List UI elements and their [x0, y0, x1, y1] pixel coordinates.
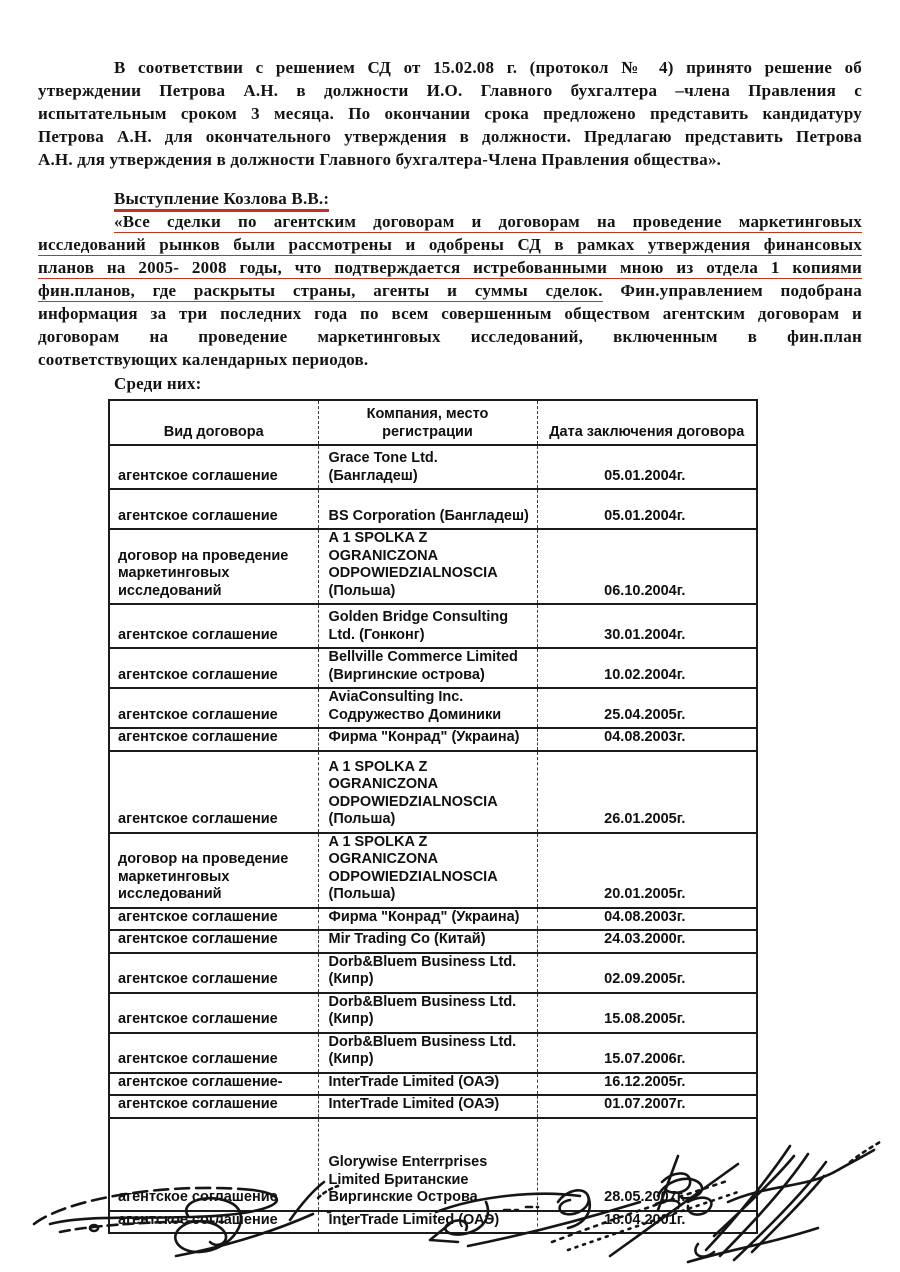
among-them-text: Среди них: — [114, 374, 201, 393]
cell-date: 28.05.2007г. — [537, 1118, 757, 1211]
cell-date: 02.09.2005г. — [537, 953, 757, 993]
cell-company: Dorb&Bluem Business Ltd.(Кипр) — [318, 993, 537, 1033]
table-row: агентское соглашениеBellville Commerce L… — [109, 648, 757, 688]
table-row: агентское соглашениеGrace Tone Ltd.(Банг… — [109, 445, 757, 489]
cell-contract-type: договор на проведение маркетинговых иссл… — [109, 833, 318, 908]
cell-contract-type: агентское соглашение — [109, 908, 318, 931]
cell-date: 25.04.2005г. — [537, 688, 757, 728]
cell-date: 04.08.2003г. — [537, 908, 757, 931]
table-row: агентское соглашениеBS Corporation (Банг… — [109, 489, 757, 529]
cell-date: 15.07.2006г. — [537, 1033, 757, 1073]
cell-contract-type: агентское соглашение — [109, 953, 318, 993]
table-row: агентское соглашениеDorb&Bluem Business … — [109, 1033, 757, 1073]
text-line: соответствующих календарных периодов. — [38, 348, 862, 371]
cell-contract-type: агентское соглашение — [109, 1095, 318, 1118]
text-segment: информация за три последних года по всем… — [38, 304, 862, 323]
document-body: В соответствии с решением СД от 15.02.08… — [38, 56, 862, 395]
cell-contract-type: агентское соглашение — [109, 993, 318, 1033]
cell-date: 18.04.2001г. — [537, 1211, 757, 1234]
cell-date: 30.01.2004г. — [537, 604, 757, 648]
paragraph-speech: «Все сделки по агентским договорам и дог… — [38, 210, 862, 371]
text-line: А.Н. для утверждения в должности Главног… — [38, 148, 862, 171]
cell-date: 16.12.2005г. — [537, 1073, 757, 1096]
speech-heading: Выступление Козлова В.В.: — [38, 187, 862, 210]
table-row: агентское соглашениеInterTrade Limited (… — [109, 1095, 757, 1118]
text-segment: соответствующих календарных периодов. — [38, 350, 368, 369]
table-row: агентское соглашениеDorb&Bluem Business … — [109, 953, 757, 993]
cell-contract-type: агентское соглашение — [109, 751, 318, 833]
cell-company: Фирма "Конрад" (Украина) — [318, 908, 537, 931]
table-row: агентское соглашениеGlorywise Enterrpris… — [109, 1118, 757, 1211]
table-row: агентское соглашениеMir Trading Co (Кита… — [109, 930, 757, 953]
text-line: планов на 2005- 2008 годы, что подтвержд… — [38, 256, 862, 279]
among-them-label: Среди них: — [38, 372, 862, 395]
text-line: информация за три последних года по всем… — [38, 302, 862, 325]
cell-date: 26.01.2005г. — [537, 751, 757, 833]
text-segment: договорам на проведение маркетинговых ис… — [38, 327, 862, 346]
table-row: договор на проведение маркетинговых иссл… — [109, 529, 757, 604]
cell-contract-type: договор на проведение маркетинговых иссл… — [109, 529, 318, 604]
cell-company: Bellville Commerce Limited(Виргинские ос… — [318, 648, 537, 688]
cell-company: A 1 SPOLKA ZOGRANICZONAODPOWIEDZIALNOSCI… — [318, 833, 537, 908]
cell-company: A 1 SPOLKA ZOGRANICZONAODPOWIEDZIALNOSCI… — [318, 751, 537, 833]
table-row: договор на проведение маркетинговых иссл… — [109, 833, 757, 908]
table-row: агентское соглашениеA 1 SPOLKA ZOGRANICZ… — [109, 751, 757, 833]
text-segment: Фин.управлением подобрана — [603, 281, 862, 300]
text-line: исследований рынков были рассмотрены и о… — [38, 233, 862, 256]
cell-company: A 1 SPOLKA ZOGRANICZONAODPOWIEDZIALNOSCI… — [318, 529, 537, 604]
red-underlined-text: планов на 2005- 2008 годы, что подтвержд… — [38, 258, 862, 278]
cell-date: 20.01.2005г. — [537, 833, 757, 908]
column-header-contract-type: Вид договора — [109, 400, 318, 445]
cell-date: 04.08.2003г. — [537, 728, 757, 751]
document-page: В соответствии с решением СД от 15.02.08… — [0, 0, 900, 1272]
red-underlined-text: исследований рынков были рассмотрены и о… — [38, 235, 862, 255]
cell-company: Mir Trading Co (Китай) — [318, 930, 537, 953]
cell-date: 15.08.2005г. — [537, 993, 757, 1033]
cell-contract-type: агентское соглашение — [109, 1118, 318, 1211]
red-underlined-text: «Все сделки по агентским договорам и дог… — [114, 212, 862, 232]
text-line: утверждении Петрова А.Н. в должности И.О… — [38, 79, 862, 102]
table-header-row: Вид договора Компания, место регистрации… — [109, 400, 757, 445]
table-row: агентское соглашениеAviaConsulting Inc.С… — [109, 688, 757, 728]
column-header-company: Компания, место регистрации — [318, 400, 537, 445]
cell-contract-type: агентское соглашение — [109, 1033, 318, 1073]
cell-date: 01.07.2007г. — [537, 1095, 757, 1118]
speech-heading-text: Выступление Козлова В.В.: — [114, 189, 329, 209]
cell-company: BS Corporation (Бангладеш) — [318, 489, 537, 529]
text-line: испытательным сроком 3 месяца. По оконча… — [38, 102, 862, 125]
cell-company: Dorb&Bluem Business Ltd.(Кипр) — [318, 1033, 537, 1073]
cell-date: 05.01.2004г. — [537, 489, 757, 529]
text-line: В соответствии с решением СД от 15.02.08… — [38, 56, 862, 79]
contracts-table: Вид договора Компания, место регистрации… — [108, 399, 758, 1234]
cell-company: Golden Bridge ConsultingLtd. (Гонконг) — [318, 604, 537, 648]
text-line: договорам на проведение маркетинговых ис… — [38, 325, 862, 348]
cell-company: InterTrade Limited (ОАЭ) — [318, 1095, 537, 1118]
cell-company: AviaConsulting Inc.Содружество Доминики — [318, 688, 537, 728]
cell-company: Фирма "Конрад" (Украина) — [318, 728, 537, 751]
cell-contract-type: агентское соглашение — [109, 445, 318, 489]
red-underlined-text: фин.планов, где раскрыты страны, агенты … — [38, 281, 603, 301]
table-row: агентское соглашениеGolden Bridge Consul… — [109, 604, 757, 648]
cell-contract-type: агентское соглашение — [109, 648, 318, 688]
table-row: агентское соглашениеInterTrade Limited (… — [109, 1211, 757, 1234]
cell-contract-type: агентское соглашение — [109, 1211, 318, 1234]
text-line: Петрова А.Н. для окончательного утвержде… — [38, 125, 862, 148]
cell-date: 06.10.2004г. — [537, 529, 757, 604]
cell-date: 24.03.2000г. — [537, 930, 757, 953]
cell-contract-type: агентское соглашение — [109, 489, 318, 529]
cell-company: Grace Tone Ltd.(Бангладеш) — [318, 445, 537, 489]
cell-company: InterTrade Limited (ОАЭ) — [318, 1073, 537, 1096]
text-line: фин.планов, где раскрыты страны, агенты … — [38, 279, 862, 302]
cell-contract-type: агентское соглашение — [109, 930, 318, 953]
cell-contract-type: агентское соглашение — [109, 688, 318, 728]
table-row: агентское соглашениеФирма "Конрад" (Укра… — [109, 908, 757, 931]
cell-contract-type: агентское соглашение — [109, 604, 318, 648]
table-row: агентское соглашение-InterTrade Limited … — [109, 1073, 757, 1096]
cell-contract-type: агентское соглашение — [109, 728, 318, 751]
cell-contract-type: агентское соглашение- — [109, 1073, 318, 1096]
cell-company: Glorywise EnterrprisesLimited Британские… — [318, 1118, 537, 1211]
table-row: агентское соглашениеDorb&Bluem Business … — [109, 993, 757, 1033]
table-row: агентское соглашениеФирма "Конрад" (Укра… — [109, 728, 757, 751]
cell-company: InterTrade Limited (ОАЭ) — [318, 1211, 537, 1234]
cell-company: Dorb&Bluem Business Ltd.(Кипр) — [318, 953, 537, 993]
cell-date: 10.02.2004г. — [537, 648, 757, 688]
paragraph-board-decision: В соответствии с решением СД от 15.02.08… — [38, 56, 862, 171]
text-line: «Все сделки по агентским договорам и дог… — [38, 210, 862, 233]
column-header-date: Дата заключения договора — [537, 400, 757, 445]
cell-date: 05.01.2004г. — [537, 445, 757, 489]
